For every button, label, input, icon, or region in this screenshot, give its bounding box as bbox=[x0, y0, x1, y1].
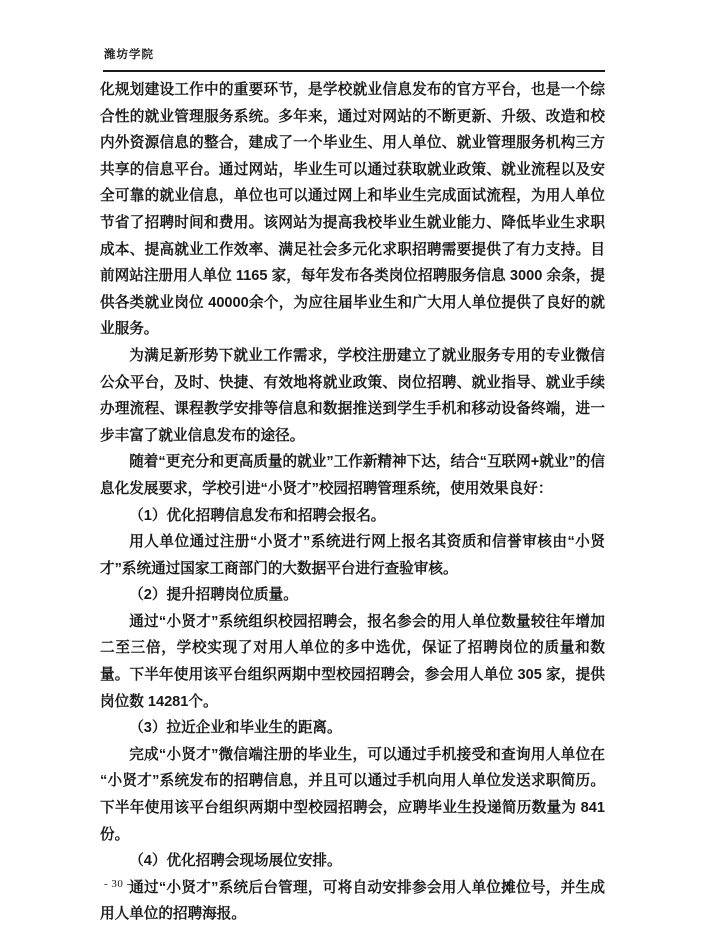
header-school-name: 潍坊学院 bbox=[104, 49, 154, 61]
heading-item-3: （3）拉近企业和毕业生的距离。 bbox=[100, 715, 605, 742]
paragraph-item-1-detail: 用人单位通过注册“小贤才”系统进行网上报名其资质和信誉审核由“小贤才”系统通过国… bbox=[100, 529, 605, 582]
page-footer: - 30 - bbox=[104, 878, 131, 890]
heading-item-2: （2）提升招聘岗位质量。 bbox=[100, 582, 605, 609]
paragraph-website-continuation: 化规划建设工作中的重要环节，是学校就业信息发布的官方平台，也是一个综合性的就业管… bbox=[100, 77, 605, 343]
document-page: 潍坊学院 化规划建设工作中的重要环节，是学校就业信息发布的官方平台，也是一个综合… bbox=[0, 0, 709, 945]
page-number: - 30 - bbox=[104, 878, 131, 890]
paragraph-xiaoxiancai-intro: 随着“更充分和更高质量的就业”工作新精神下达，结合“互联网+就业”的信息化发展要… bbox=[100, 449, 605, 502]
paragraph-item-3-detail: 完成“小贤才”微信端注册的毕业生，可以通过手机接受和查询用人单位在“小贤才”系统… bbox=[100, 742, 605, 848]
paragraph-wechat-platform: 为满足新形势下就业工作需求，学校注册建立了就业服务专用的专业微信公众平台，及时、… bbox=[100, 343, 605, 449]
heading-item-4: （4）优化招聘会现场展位安排。 bbox=[100, 848, 605, 875]
paragraph-item-4-detail: 通过“小贤才”系统后台管理，可将自动安排参会用人单位摊位号，并生成用人单位的招聘… bbox=[100, 875, 605, 928]
paragraph-item-2-detail: 通过“小贤才”系统组织校园招聘会，报名参会的用人单位数量较往年增加二至三倍，学校… bbox=[100, 609, 605, 715]
document-body: 化规划建设工作中的重要环节，是学校就业信息发布的官方平台，也是一个综合性的就业管… bbox=[100, 77, 605, 928]
heading-item-1: （1）优化招聘信息发布和招聘会报名。 bbox=[100, 503, 605, 530]
page-header: 潍坊学院 bbox=[104, 46, 605, 62]
header-rule bbox=[103, 70, 605, 72]
